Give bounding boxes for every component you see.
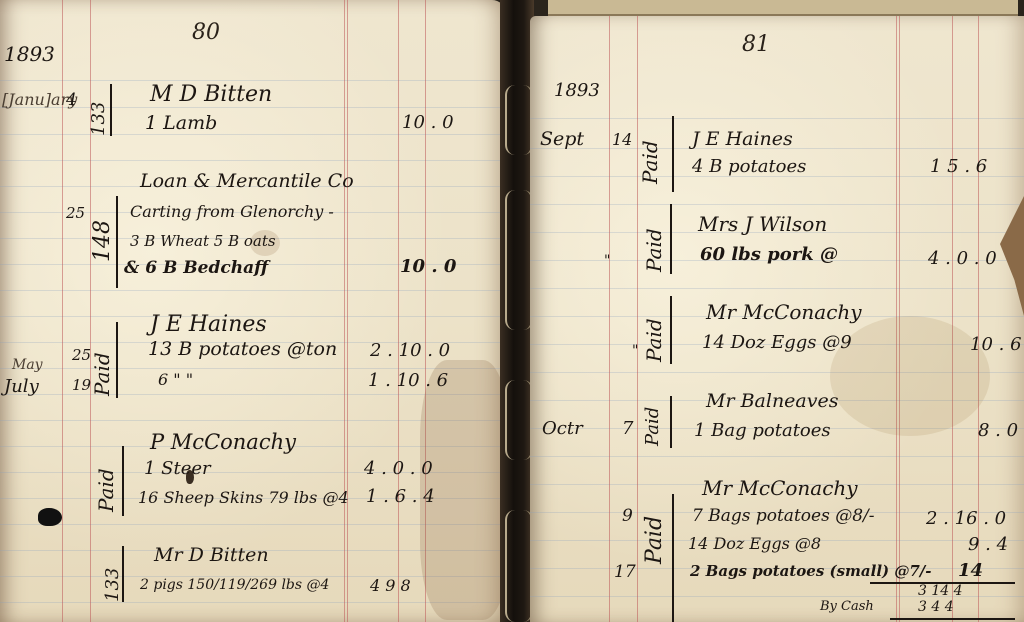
entry-name: Mr D Bitten <box>154 546 269 565</box>
entry-item: 1 Bag potatoes <box>694 422 831 440</box>
entry-amount: 9 . 4 <box>968 536 1008 554</box>
entry-name: P McConachy <box>150 432 296 453</box>
entry-day: 4 <box>66 92 77 109</box>
entry-day: 14 <box>612 132 632 148</box>
entry-item: 6 " " <box>158 372 193 388</box>
entry-item: 2 pigs 150/119/269 lbs @4 <box>140 578 329 592</box>
entry-day: 9 <box>622 508 633 525</box>
entry-amount: 4 . 0 . 0 <box>928 250 997 268</box>
entry-month: July <box>4 378 39 396</box>
paid-stamp: Paid <box>644 228 664 272</box>
entry-name: J E Haines <box>692 130 793 149</box>
entry-item: 1 Steer <box>144 460 211 478</box>
entry-day: 17 <box>614 564 636 581</box>
year-header: 1893 <box>4 44 55 64</box>
entry-item: & 6 B Bedchaff <box>124 260 268 277</box>
binding-thread <box>505 190 533 330</box>
entry-name: Loan & Mercantile Co <box>140 172 354 191</box>
folio-number: 148 <box>92 220 114 262</box>
entry-amount: 1 . 10 . 6 <box>368 372 448 390</box>
paid-stamp: Paid <box>644 318 664 362</box>
left-page: 80 1893 [Janu]ary 4 133 M D Bitten 1 Lam… <box>0 0 506 622</box>
binding-thread <box>505 510 533 622</box>
page-number: 81 <box>742 32 770 57</box>
entry-item: 3 B Wheat 5 B oats <box>130 234 276 249</box>
entry-name: Mr Balneaves <box>706 392 838 411</box>
page-number: 80 <box>192 20 220 45</box>
entry-item: 1 Lamb <box>145 114 217 133</box>
entry-month: May <box>12 358 43 372</box>
entry-item: 14 Doz Eggs @9 <box>702 334 852 352</box>
entry-amount: 1 . 6 . 4 <box>366 488 435 506</box>
entry-amount: 4 9 8 <box>370 578 411 594</box>
paid-stamp: Paid <box>92 352 112 396</box>
year-header: 1893 <box>554 82 600 100</box>
entry-name: Mrs J Wilson <box>698 214 827 234</box>
entry-item: Carting from Glenorchy - <box>130 204 334 220</box>
entry-item: 13 B potatoes @ton <box>148 340 337 359</box>
binding-thread <box>505 85 533 155</box>
entry-item: 4 B potatoes <box>692 158 806 176</box>
entry-name: Mr McConachy <box>702 478 858 498</box>
entry-amount: 2 . 10 . 0 <box>370 342 450 360</box>
paid-stamp: Paid <box>644 407 662 446</box>
folio-number: 133 <box>104 568 122 602</box>
entry-name: Mr McConachy <box>706 302 862 322</box>
entry-amount: 4 . 0 . 0 <box>364 460 433 478</box>
paid-stamp: Paid <box>96 468 116 512</box>
entry-day: 25 <box>66 206 85 221</box>
entry-month: " <box>604 254 610 268</box>
entry-day: 7 <box>622 420 633 438</box>
entry-month: Octr <box>542 420 583 438</box>
folio-number: 133 <box>90 102 108 136</box>
entry-amount: 8 . 0 <box>978 422 1018 440</box>
entry-amount: 10 . 6 <box>970 336 1022 354</box>
entry-amount: 10 . 0 <box>400 258 456 276</box>
entry-item: 2 Bags potatoes (small) @7/- <box>690 564 932 579</box>
entry-month: Sept <box>540 130 584 149</box>
entry-amount: 14 <box>958 562 983 580</box>
entry-month: " <box>632 344 638 358</box>
entry-amount: 10 . 0 <box>402 114 454 132</box>
entry-item: 16 Sheep Skins 79 lbs @4 <box>138 490 349 506</box>
paid-stamp: Paid <box>640 140 660 184</box>
entry-name: M D Bitten <box>150 84 272 106</box>
entry-item: 7 Bags potatoes @8/- <box>692 508 874 525</box>
page-edge-behind <box>548 0 1018 16</box>
entry-day: 19 <box>72 378 91 393</box>
entry-item: 60 lbs pork @ <box>700 246 838 264</box>
entry-day: 25 <box>72 348 91 363</box>
entry-item: 14 Doz Eggs @8 <box>688 536 821 552</box>
subtotal-amount: 3 14 4 <box>918 584 963 598</box>
entry-amount: 1 5 . 6 <box>930 158 987 176</box>
binding-thread <box>505 380 533 460</box>
entry-name: J E Haines <box>150 314 267 336</box>
entry-amount: 2 . 16 . 0 <box>926 510 1006 528</box>
paid-stamp: Paid <box>644 516 666 564</box>
open-ledger-book: 80 1893 [Janu]ary 4 133 M D Bitten 1 Lam… <box>0 0 1024 622</box>
payment-amount: 3 4 4 <box>918 600 954 614</box>
right-page: 81 1893 Sept 14 Paid J E Haines 4 B pota… <box>530 16 1024 622</box>
payment-label: By Cash <box>820 600 874 613</box>
